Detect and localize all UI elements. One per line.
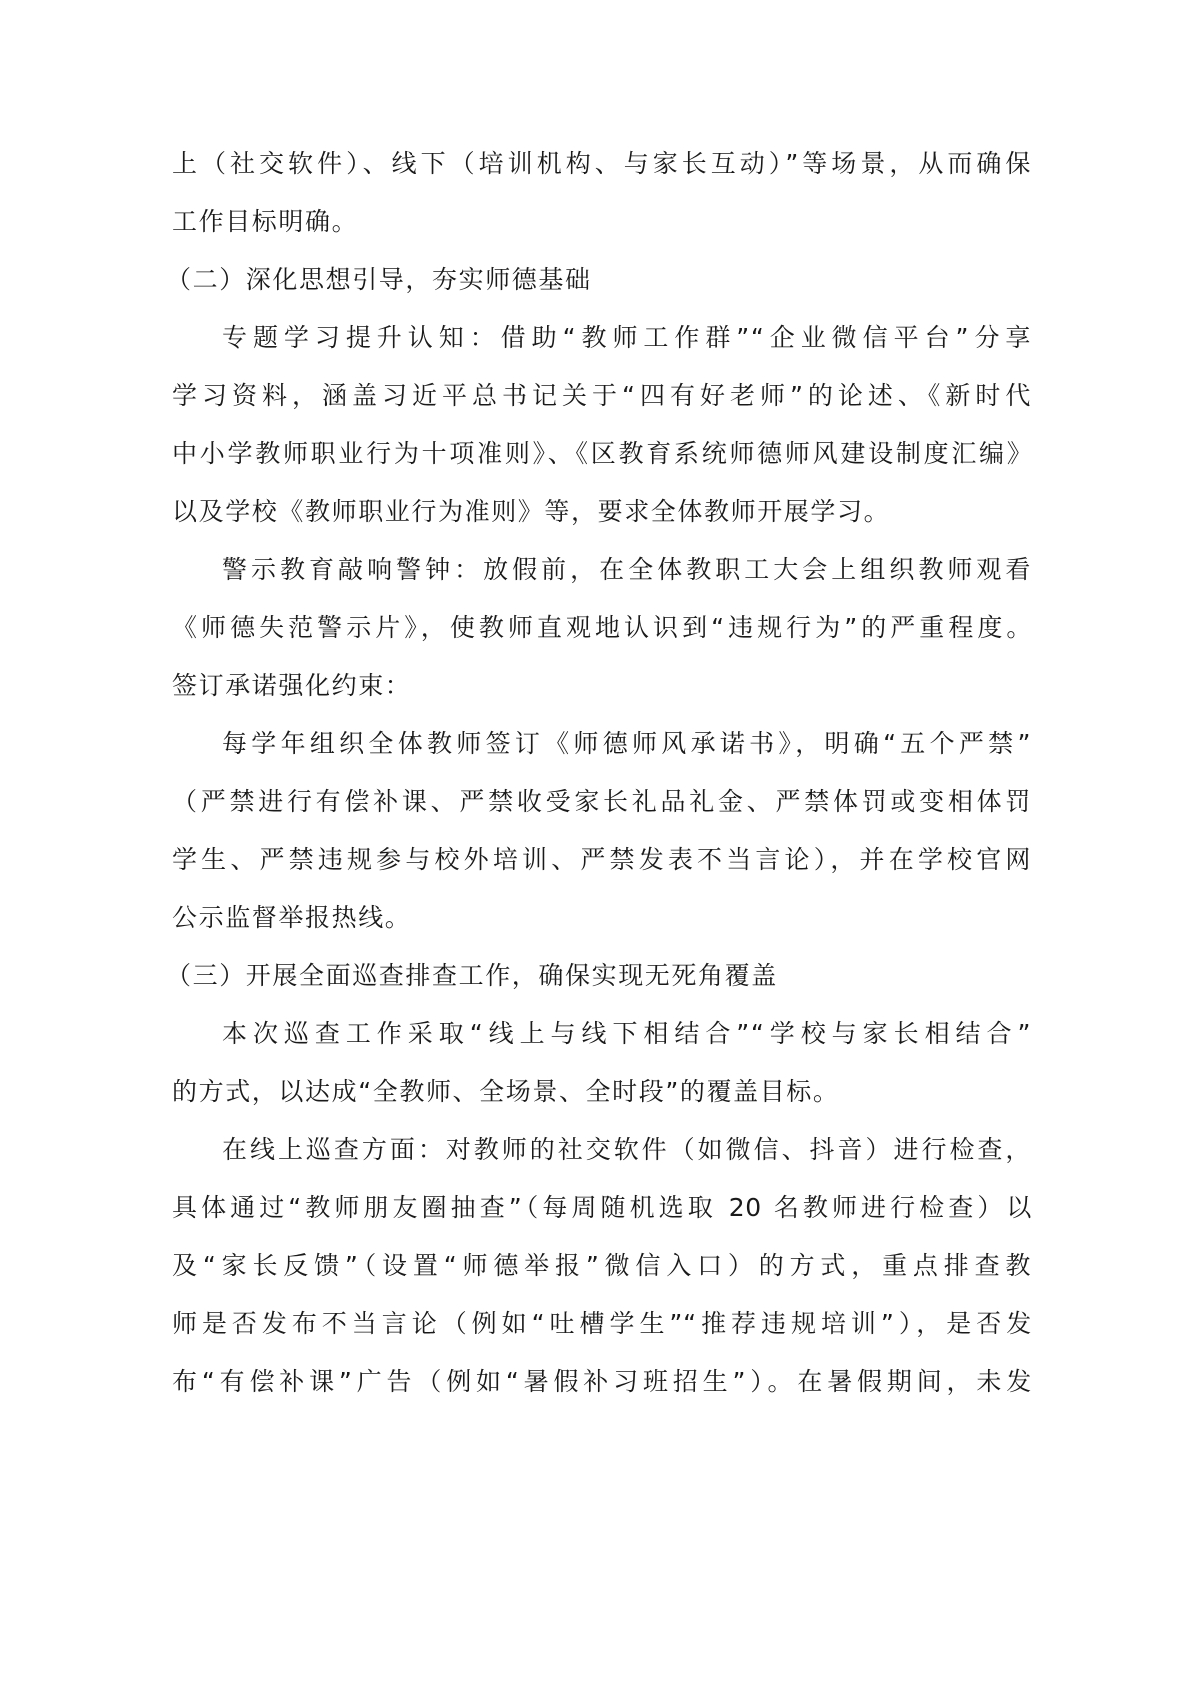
- paragraph-line: 每学年组织全体教师签订《师德师风承诺书》，明确“五个严禁”: [222, 727, 1032, 761]
- paragraph-line: 工作目标明确。: [172, 205, 1032, 239]
- document-page: 上（社交软件）、线下（培训机构、与家长互动）”等场景，从而确保 工作目标明确。 …: [0, 0, 1191, 1684]
- section-heading-2: （二）深化思想引导，夯实师德基础: [166, 263, 1026, 297]
- paragraph-line: 及“家长反馈”（设置“师德举报”微信入口）的方式，重点排查教: [172, 1249, 1032, 1283]
- paragraph-line: 布“有偿补课”广告（例如“暑假补习班招生”）。在暑假期间，未发: [172, 1365, 1032, 1399]
- paragraph-line: 中小学教师职业行为十项准则》、《区教育系统师德师风建设制度汇编》: [172, 437, 1032, 471]
- paragraph-line: 师是否发布不当言论（例如“吐槽学生”“推荐违规培训”），是否发: [172, 1307, 1032, 1341]
- paragraph-line: 学生、严禁违规参与校外培训、严禁发表不当言论），并在学校官网: [172, 843, 1032, 877]
- section-heading-3: （三）开展全面巡查排查工作，确保实现无死角覆盖: [166, 959, 1026, 993]
- paragraph-line: 在线上巡查方面：对教师的社交软件（如微信、抖音）进行检查，: [222, 1133, 1032, 1167]
- paragraph-line: 具体通过“教师朋友圈抽查”（每周随机选取 20 名教师进行检查）以: [172, 1191, 1032, 1225]
- paragraph-line: 警示教育敲响警钟：放假前，在全体教职工大会上组织教师观看: [222, 553, 1032, 587]
- paragraph-line: 上（社交软件）、线下（培训机构、与家长互动）”等场景，从而确保: [172, 147, 1032, 181]
- paragraph-line: （严禁进行有偿补课、严禁收受家长礼品礼金、严禁体罚或变相体罚: [172, 785, 1032, 819]
- paragraph-line: 签订承诺强化约束：: [172, 669, 1032, 703]
- paragraph-line: 《师德失范警示片》，使教师直观地认识到“违规行为”的严重程度。: [172, 611, 1032, 645]
- paragraph-line: 以及学校《教师职业行为准则》等，要求全体教师开展学习。: [172, 495, 1032, 529]
- paragraph-line: 公示监督举报热线。: [172, 901, 1032, 935]
- paragraph-line: 的方式，以达成“全教师、全场景、全时段”的覆盖目标。: [172, 1075, 1032, 1109]
- paragraph-line: 专题学习提升认知：借助“教师工作群”“企业微信平台”分享: [222, 321, 1032, 355]
- paragraph-line: 学习资料，涵盖习近平总书记关于“四有好老师”的论述、《新时代: [172, 379, 1032, 413]
- paragraph-line: 本次巡查工作采取“线上与线下相结合”“学校与家长相结合”: [222, 1017, 1032, 1051]
